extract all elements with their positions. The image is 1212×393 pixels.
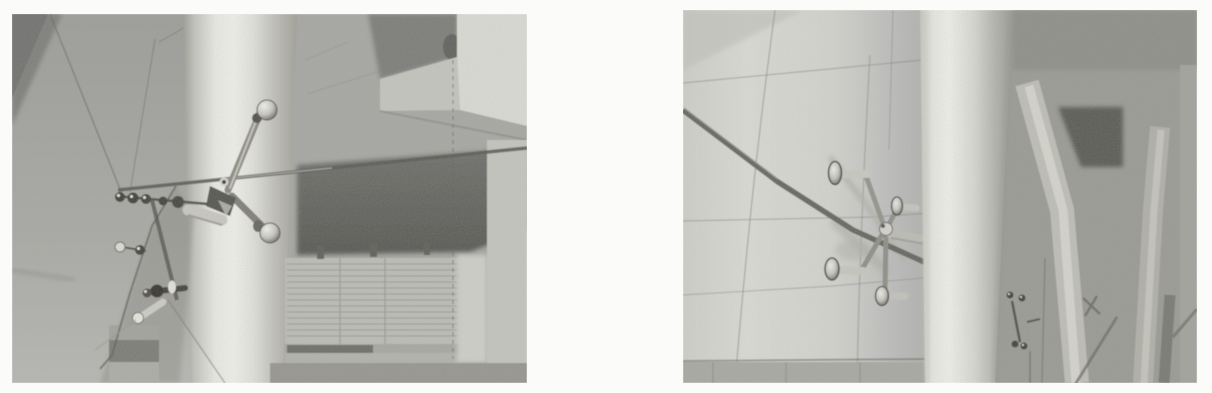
right-photo <box>683 10 1197 383</box>
left-photo-canvas <box>12 14 527 383</box>
left-photo <box>12 14 527 383</box>
document-page <box>0 0 1212 393</box>
right-photo-canvas <box>683 10 1197 383</box>
film-grain-overlay <box>12 14 527 383</box>
film-grain-overlay <box>683 10 1197 383</box>
